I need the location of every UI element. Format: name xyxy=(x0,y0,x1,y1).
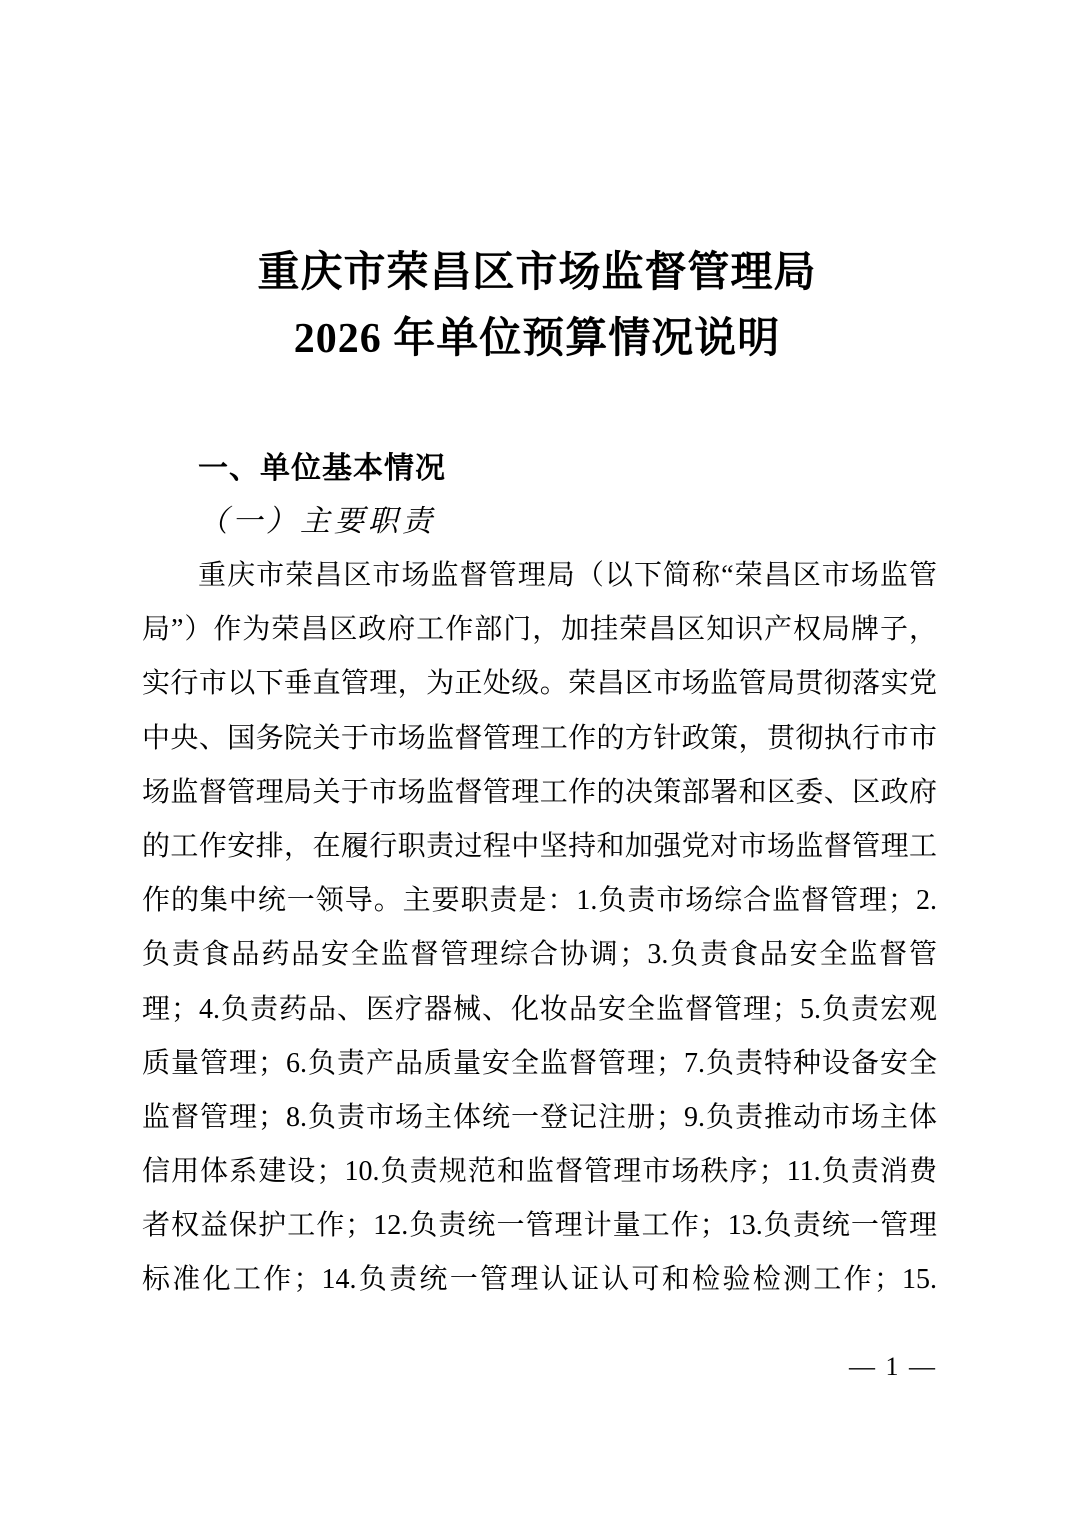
page-number: — 1 — xyxy=(142,1352,937,1382)
document-page: 重庆市荣昌区市场监督管理局 2026 年单位预算情况说明 一、单位基本情况 （一… xyxy=(0,0,1074,1520)
body-line: 标准化工作；14.负责统一管理认证认可和检验检测工作；15. xyxy=(142,1253,937,1307)
document-title: 重庆市荣昌区市场监督管理局 2026 年单位预算情况说明 xyxy=(0,240,1074,372)
body-line: 信用体系建设；10.负责规范和监督管理市场秩序；11.负责消费 xyxy=(142,1145,937,1199)
body-line: 的工作安排，在履行职责过程中坚持和加强党对市场监督管理工 xyxy=(142,820,937,874)
body-line: 实行市以下垂直管理，为正处级。荣昌区市场监管局贯彻落实党 xyxy=(142,657,937,711)
body-line: 中央、国务院关于市场监督管理工作的方针政策，贯彻执行市市 xyxy=(142,712,937,766)
subsection-heading: （一）主要职责 xyxy=(198,505,436,539)
body-line: 作的集中统一领导。主要职责是：1.负责市场综合监督管理；2. xyxy=(142,874,937,928)
body-line: 者权益保护工作；12.负责统一管理计量工作；13.负责统一管理 xyxy=(142,1199,937,1253)
document-title-line1: 重庆市荣昌区市场监督管理局 xyxy=(0,240,1074,306)
body-line: 局”）作为荣昌区政府工作部门，加挂荣昌区知识产权局牌子， xyxy=(142,603,937,657)
body-line: 重庆市荣昌区市场监督管理局（以下简称“荣昌区市场监管 xyxy=(142,549,937,603)
body-line: 理；4.负责药品、医疗器械、化妆品安全监督管理；5.负责宏观 xyxy=(142,983,937,1037)
body-line: 负责食品药品安全监督管理综合协调；3.负责食品安全监督管 xyxy=(142,928,937,982)
body-line: 质量管理；6.负责产品质量安全监督管理；7.负责特种设备安全 xyxy=(142,1037,937,1091)
document-title-line2: 2026 年单位预算情况说明 xyxy=(0,306,1074,372)
section-heading: 一、单位基本情况 xyxy=(198,452,446,486)
body-paragraph: 重庆市荣昌区市场监督管理局（以下简称“荣昌区市场监管局”）作为荣昌区政府工作部门… xyxy=(142,549,937,1308)
body-line: 监督管理；8.负责市场主体统一登记注册；9.负责推动市场主体 xyxy=(142,1091,937,1145)
body-line: 场监督管理局关于市场监督管理工作的决策部署和区委、区政府 xyxy=(142,766,937,820)
